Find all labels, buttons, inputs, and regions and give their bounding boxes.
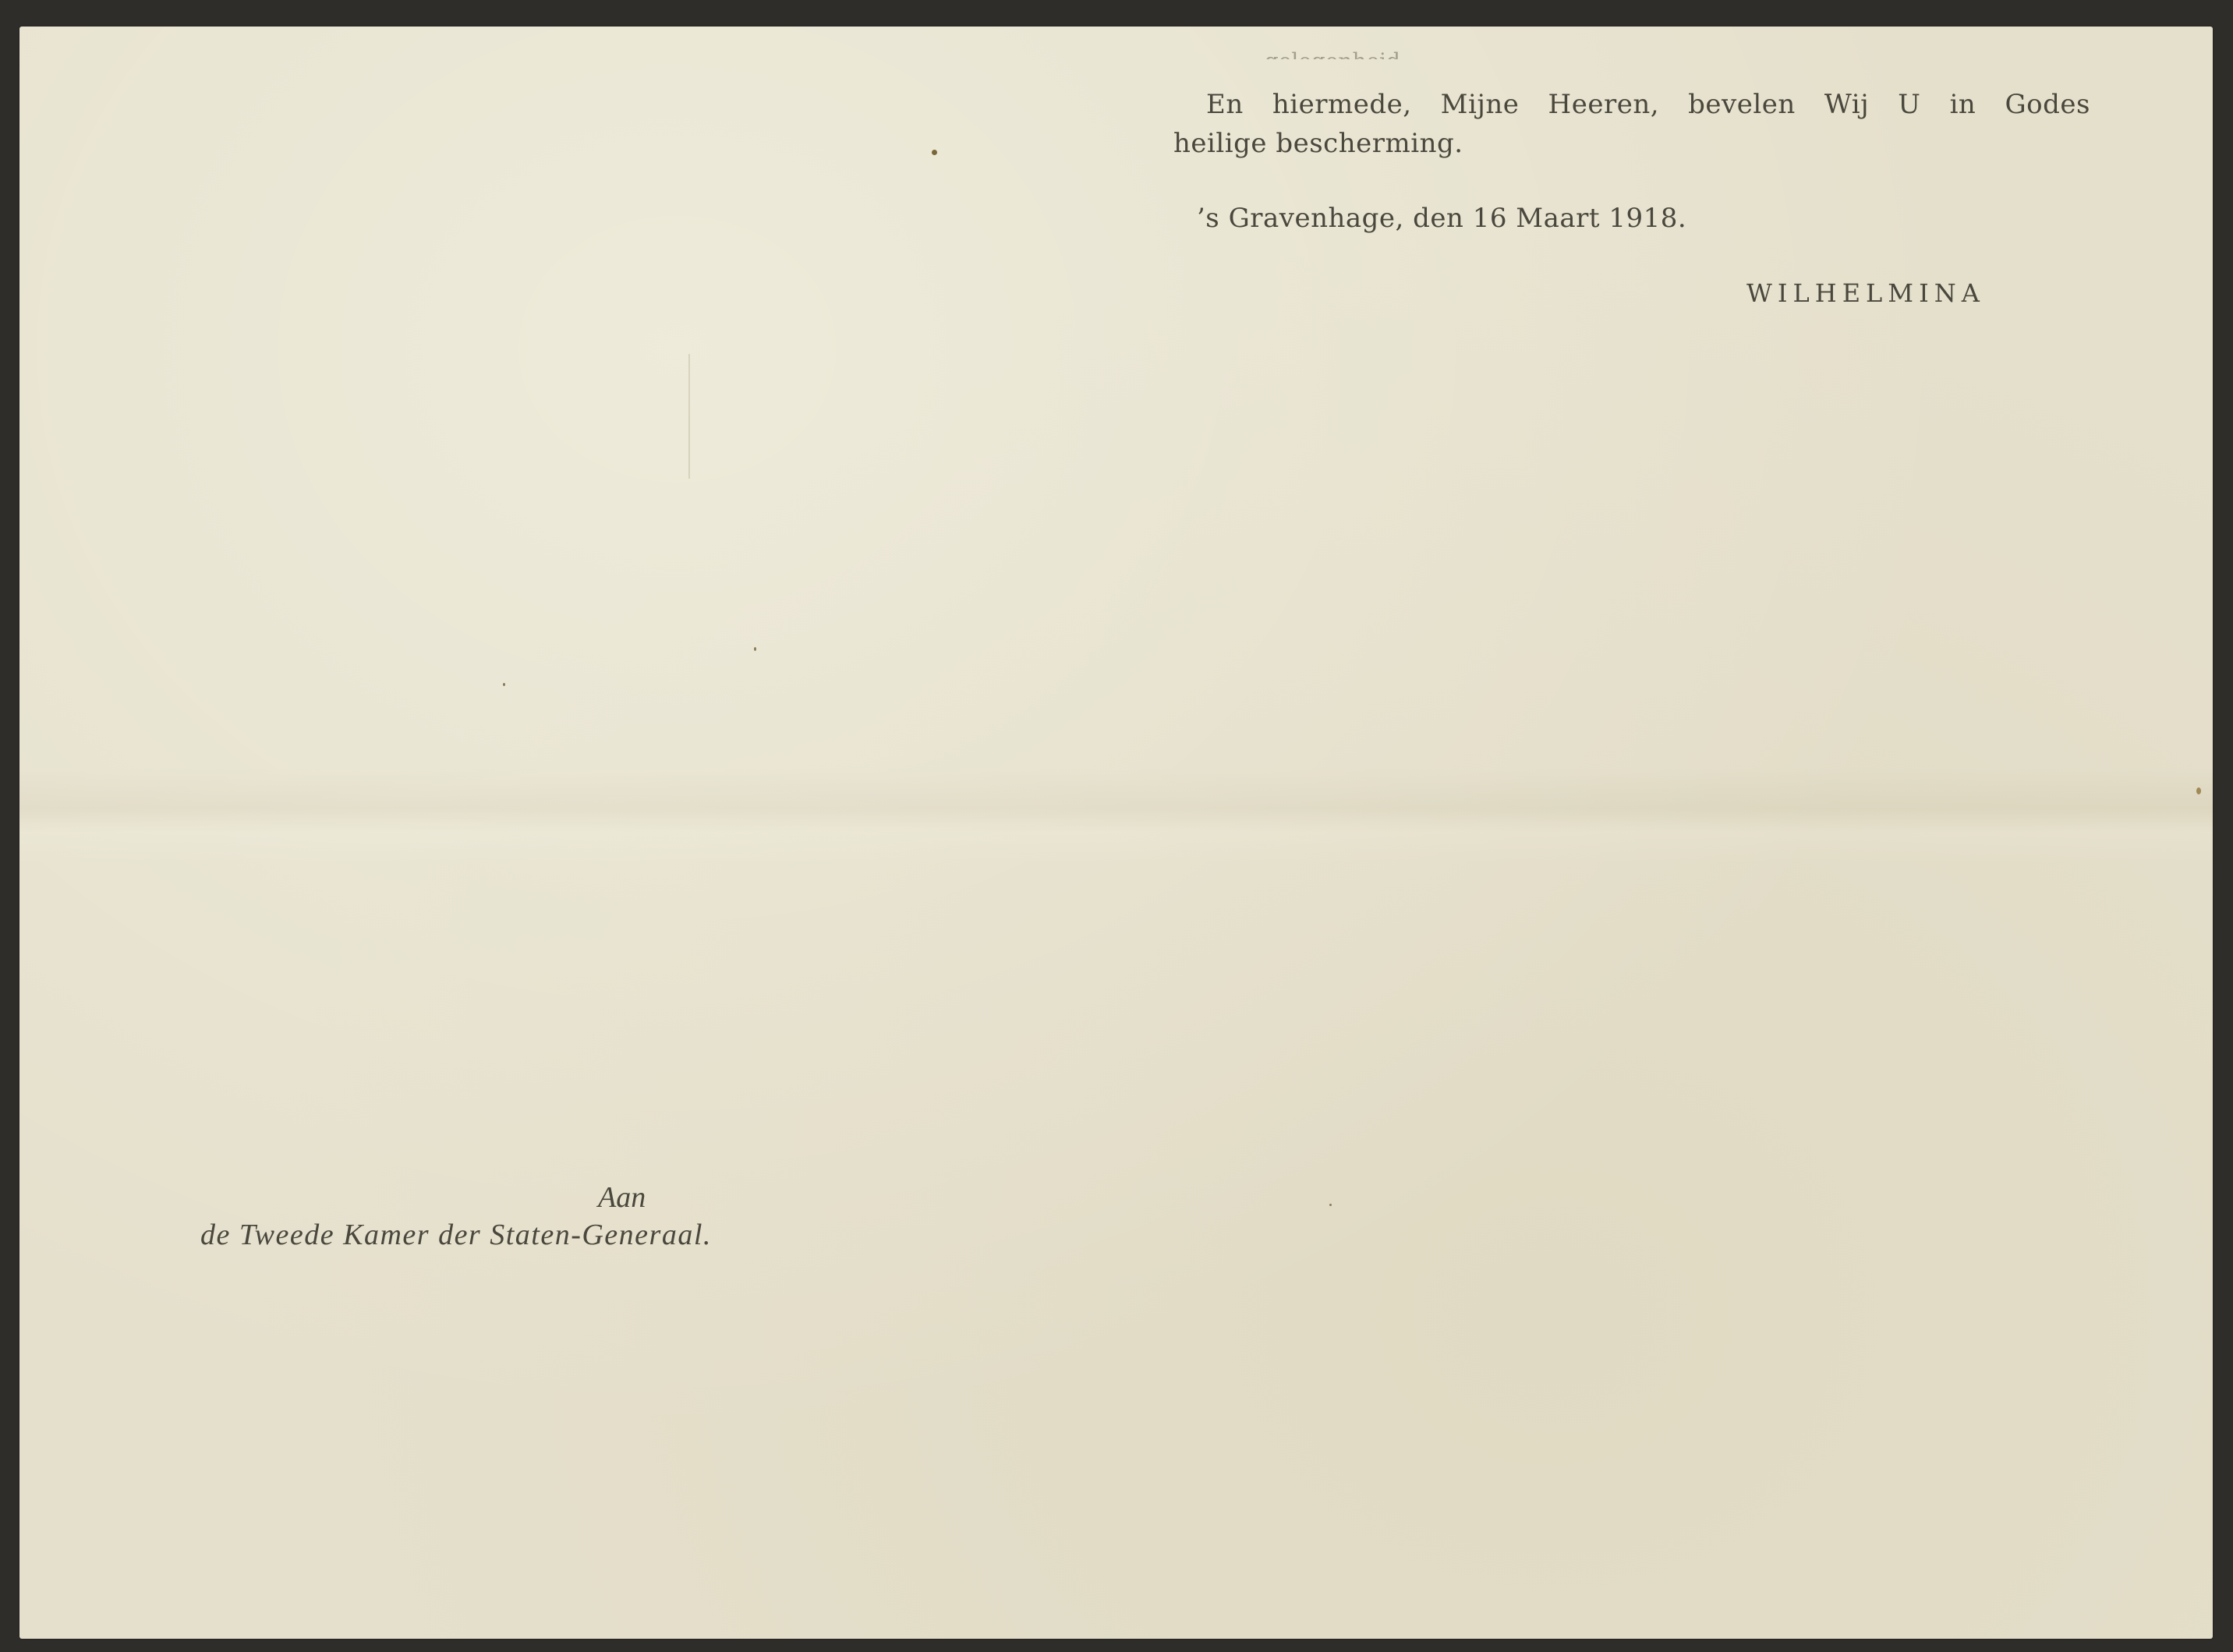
word: hiermede, (1272, 89, 1412, 120)
word: in (1950, 89, 1976, 120)
paper-speck (932, 150, 937, 155)
paper-speck (503, 683, 505, 686)
addressee-prefix: Aan (598, 1180, 646, 1215)
document-page: … gelegenheid. En hiermede, Mijne Heeren… (19, 27, 2213, 1639)
word: Mijne (1441, 89, 1520, 120)
word: Wij (1824, 89, 1869, 120)
place-and-date: ’s Gravenhage, den 16 Maart 1918. (1197, 203, 1686, 234)
word: bevelen (1688, 89, 1796, 120)
word: Godes (2005, 89, 2090, 120)
addressee-recipient: de Tweede Kamer der Staten-Generaal. (200, 1218, 712, 1252)
paper-speck (754, 647, 756, 651)
word: Heeren, (1548, 89, 1659, 120)
paper-crease (688, 354, 690, 479)
signature: WILHELMINA (1746, 278, 1985, 308)
word: En (1206, 89, 1244, 120)
word: U (1898, 89, 1920, 120)
paper-speck (1329, 1204, 1332, 1206)
clipped-previous-line: … gelegenheid. (1236, 48, 1704, 59)
closing-paragraph-line-2: heilige bescherming. (1173, 128, 1463, 159)
closing-paragraph-line-1: En hiermede, Mijne Heeren, bevelen Wij U… (1206, 89, 2090, 120)
paper-speck (2196, 787, 2201, 794)
